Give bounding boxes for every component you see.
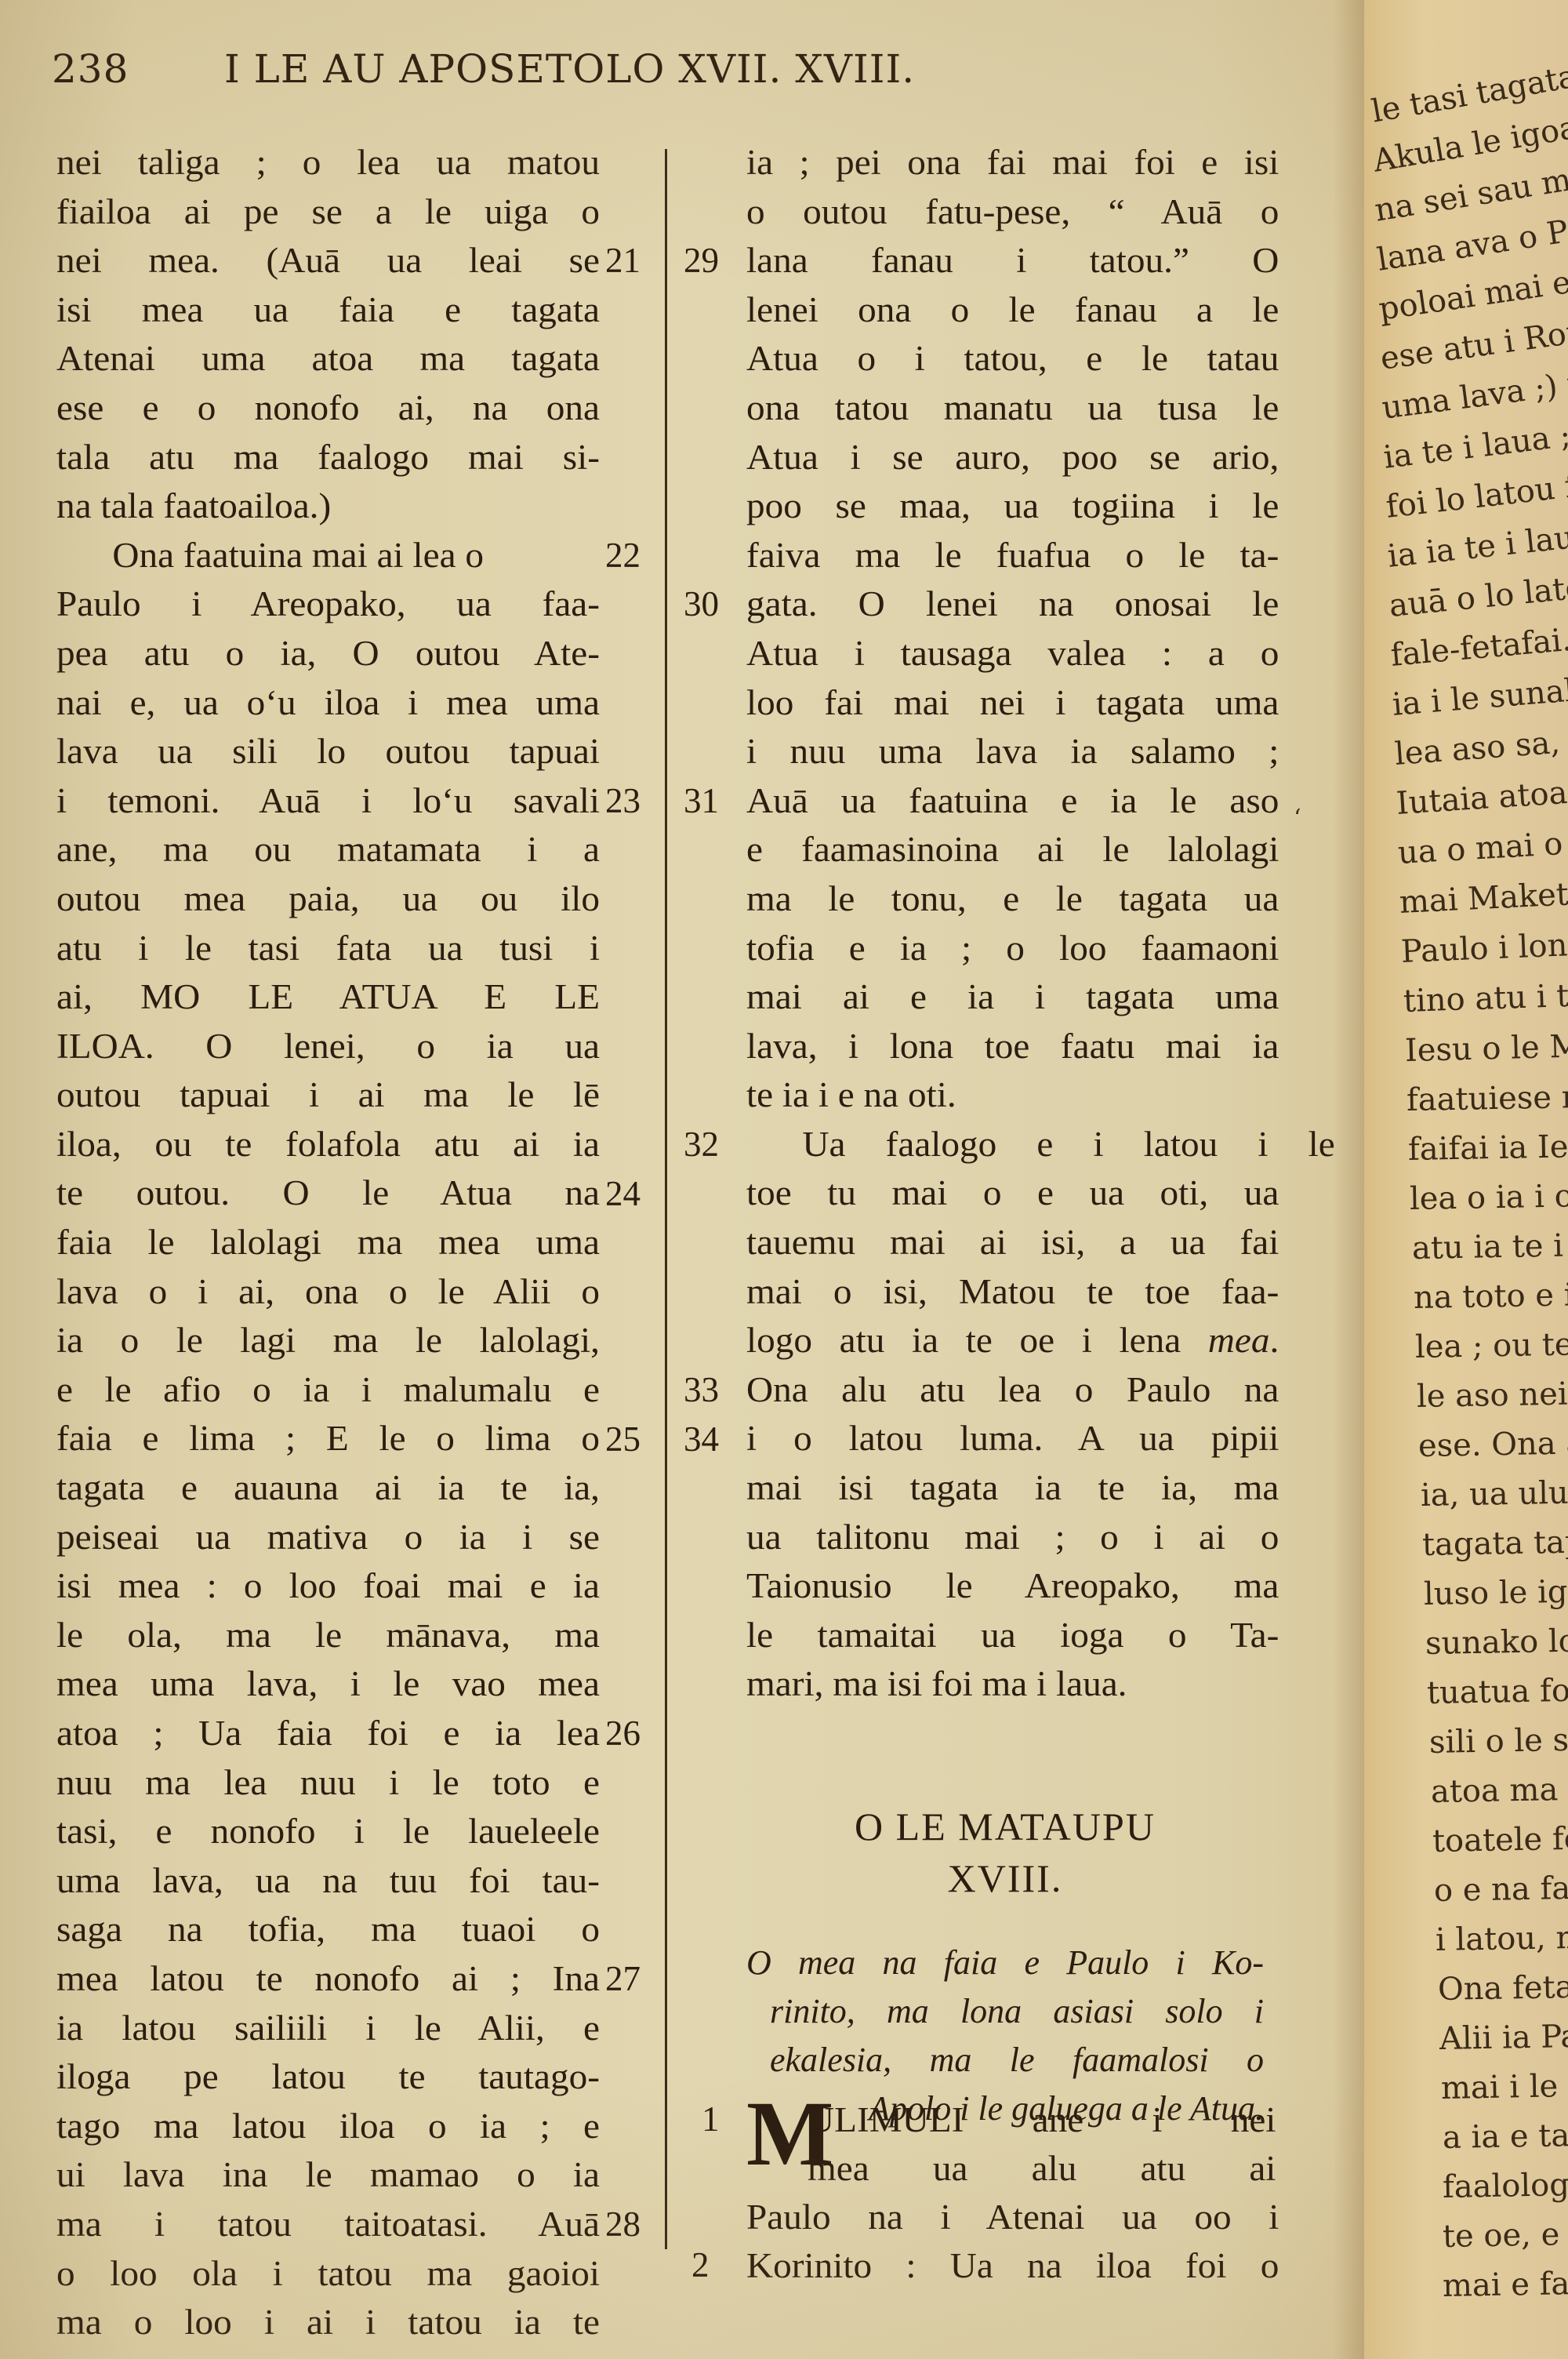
text-line: ua talitonu mai ; o i ai o bbox=[746, 1513, 1279, 1562]
text-line: Taionusio le Areopako, ma bbox=[746, 1561, 1279, 1611]
text-line: mea uma lava, i le vao mea bbox=[56, 1659, 600, 1709]
text-line: outou mea paia, ua ou ilo bbox=[56, 874, 600, 924]
text-line: loo fai mai nei i tagata uma bbox=[746, 678, 1279, 728]
chapter-heading-line2: XVIII. bbox=[746, 1856, 1264, 1901]
verse-number: 28 bbox=[605, 2200, 660, 2249]
verse-number: 30 bbox=[684, 580, 739, 629]
next-page-text-line: lea o ia i ona bbox=[1410, 1177, 1568, 1217]
text-line: iloa, ou te folafola atu ai ia bbox=[56, 1120, 600, 1169]
next-page-text-line: tagata tapuai i bbox=[1421, 1523, 1568, 1563]
verse-number: 2 bbox=[691, 2241, 746, 2288]
text-line: tofia e ia ; o loo faamaoni bbox=[746, 924, 1279, 973]
next-page-text-line: ia, ua ulu i le bbox=[1420, 1474, 1568, 1514]
text-line: ai, MO LE ATUA E LE bbox=[56, 972, 600, 1022]
text-line: le tamaitai ua ioga o Ta- bbox=[746, 1611, 1279, 1660]
verse-number: 1 bbox=[702, 2095, 757, 2143]
text-line: saga na tofia, ma tuaoi o bbox=[56, 1905, 600, 1954]
stray-mark: ‘ bbox=[1294, 805, 1301, 832]
next-page-text-line: te oe, e leai f bbox=[1443, 2215, 1568, 2255]
text-line: nuu ma lea nuu i le toto e bbox=[56, 1758, 600, 1808]
verse-number: 25 bbox=[605, 1415, 660, 1464]
running-head-title: I LE AU APOSETOLO XVII. XVIII. bbox=[224, 38, 915, 100]
text-line: atu i le tasi fata ua tusi i bbox=[56, 924, 600, 973]
next-page-text-line: lea ; ou te mam bbox=[1415, 1325, 1568, 1365]
text-line: te outou. O le Atua na bbox=[56, 1169, 600, 1218]
verse-number: 33 bbox=[684, 1365, 739, 1415]
text-line: ia latou sailiili i le Alii, e bbox=[56, 2004, 600, 2053]
text-line: tauemu mai ai isi, a ua fai bbox=[746, 1218, 1279, 1267]
text-line: tala atu ma faalogo mai si- bbox=[56, 433, 600, 482]
text-line: peiseai ua mativa o ia i se bbox=[56, 1513, 600, 1562]
next-page-text-line: le aso nei ona o bbox=[1417, 1374, 1568, 1415]
text-line: Korinito : Ua na iloa foi o bbox=[746, 2241, 1279, 2290]
next-page-text-line: i latou, ma ua bbox=[1436, 1918, 1568, 1958]
next-page-text-line: ese. Ona alu bbox=[1418, 1425, 1568, 1464]
text-line: i temoni. Auā i lo‘u savali bbox=[56, 776, 600, 826]
text-line: ULIMULI ane i nei bbox=[808, 2095, 1276, 2144]
text-line: ane, ma ou matamata i a bbox=[56, 825, 600, 874]
italic-word: mea bbox=[1208, 1321, 1270, 1360]
text-line: mari, ma isi foi ma i laua. bbox=[746, 1659, 1279, 1709]
next-page-text-line: faalologo : bbox=[1443, 2166, 1568, 2205]
text-line: faiva ma le fuafua o le ta- bbox=[746, 531, 1279, 580]
text-line: i o latou luma. A ua pipii bbox=[746, 1414, 1279, 1463]
text-line: ma o loo i ai i tatou ia te bbox=[56, 2298, 600, 2347]
next-page-text-line: Iutaia atoa ma E bbox=[1395, 769, 1568, 822]
next-page-text-line: faatuiese mai i bbox=[1406, 1078, 1568, 1118]
next-page-text-line: ia ia te i laua, bbox=[1385, 517, 1568, 575]
next-page-text-line: Alii ia Paulo bbox=[1439, 2018, 1568, 2057]
text-line: faia le lalolagi ma mea uma bbox=[56, 1218, 600, 1267]
text-line: Ona faatuina mai ai lea o bbox=[56, 531, 655, 580]
next-page-text-line: Ona fetalai bbox=[1437, 1968, 1568, 2008]
text-line: ma le tonu, e le tagata ua bbox=[746, 874, 1279, 924]
right-column: ia ; pei ona fai mai foi e isio outou fa… bbox=[746, 138, 1279, 1709]
next-page-text-line: lea aso sa, ma t bbox=[1393, 718, 1568, 772]
summary-line: O mea na faia e Paulo i Ko- bbox=[746, 1939, 1264, 1987]
text-line: ILOA. O lenei, o ia ua bbox=[56, 1022, 600, 1071]
text-line: ui lava ina le mamao o ia bbox=[56, 2150, 600, 2200]
next-page-text-line: Paulo i lona lot bbox=[1400, 925, 1568, 970]
text-line: o loo ola i tatou ma gaoioi bbox=[56, 2249, 600, 2299]
text-line: nei taliga ; o lea ua matou bbox=[56, 138, 600, 187]
text-line: lana fanau i tatou.” O bbox=[746, 236, 1279, 285]
text-line: isi mea : o loo foai mai e ia bbox=[56, 1561, 600, 1611]
text-line: i nuu uma lava ia salamo ; bbox=[746, 727, 1279, 776]
text-line: ese e o nonofo ai, na ona bbox=[56, 383, 600, 433]
text-line: mai isi tagata ia te ia, ma bbox=[746, 1463, 1279, 1513]
text-line: atoa ; Ua faia foi e ia lea bbox=[56, 1709, 600, 1758]
text-line: toe tu mai o e ua oti, ua bbox=[746, 1169, 1279, 1218]
next-page-text-line: luso le igoa, ua bbox=[1424, 1572, 1568, 1612]
next-page-text-line: auā o lo latou bbox=[1388, 568, 1568, 624]
text-line: iloga pe latou te tautago- bbox=[56, 2052, 600, 2102]
verse-number: 23 bbox=[605, 776, 660, 826]
text-line: tagata e auauna ai ia te ia, bbox=[56, 1463, 600, 1513]
text-line: lava, i lona toe faatu mai ia bbox=[746, 1022, 1279, 1071]
text-line: nai e, ua o‘u iloa i mea uma bbox=[56, 678, 600, 728]
next-page-text-line: o e na faalogo bbox=[1434, 1869, 1568, 1909]
next-page-text-line: na toto e i luga bbox=[1413, 1276, 1568, 1316]
text-line: na tala faatoailoa.) bbox=[56, 482, 600, 531]
next-page-text-line: tuatua foi i le bbox=[1427, 1671, 1568, 1711]
next-page-text-line: a ia e tautala bbox=[1443, 2116, 1568, 2156]
text-line: ia o le lagi ma le lalolagi, bbox=[56, 1316, 600, 1365]
text-line: nei mea. (Auā ua leai se bbox=[56, 236, 600, 285]
verse-number: 27 bbox=[605, 1954, 660, 2004]
text-line: te ia i e na oti. bbox=[746, 1070, 1279, 1120]
text-line: poo se maa, ua togiina i le bbox=[746, 482, 1279, 531]
next-page-text-line: mai Maketonia, bbox=[1399, 873, 1568, 921]
text-line: Ua faalogo e i latou i le bbox=[746, 1120, 1335, 1169]
running-head: 238 I LE AU APOSETOLO XVII. XVIII. bbox=[52, 38, 1149, 100]
next-page-text-line: ia i le sunako i le bbox=[1392, 666, 1568, 723]
verse-number: 24 bbox=[605, 1169, 660, 1219]
next-page-text-line: atoa ma lona bbox=[1430, 1770, 1568, 1810]
next-page-text-line: ua o mai o Sila bbox=[1397, 822, 1568, 871]
text-line: Atenai uma atoa ma tagata bbox=[56, 334, 600, 383]
text-line: Ona alu atu lea o Paulo na bbox=[746, 1365, 1279, 1415]
verse-number: 32 bbox=[684, 1120, 739, 1169]
summary-line: ekalesia, ma le faamalosi o bbox=[746, 2036, 1264, 2085]
verse-number: 26 bbox=[605, 1709, 660, 1758]
chapter-heading: O LE MATAUPU XVIII. bbox=[746, 1804, 1264, 1901]
text-line: lenei ona o le fanau a le bbox=[746, 285, 1279, 335]
next-page-text-line: toatele foi tag bbox=[1432, 1819, 1568, 1859]
next-page-text-line: atu ia te i latou bbox=[1411, 1227, 1568, 1267]
column-divider bbox=[665, 149, 667, 2249]
text-line: Paulo na i Atenai ua oo i bbox=[746, 2193, 1279, 2241]
text-line: e le afio o ia i malumalu e bbox=[56, 1365, 600, 1415]
next-page-text-line: Iesu o le Mesi bbox=[1404, 1027, 1568, 1069]
text-line: tasi, e nonofo i le laueleele bbox=[56, 1807, 600, 1856]
summary-line: rinito, ma lona asiasi solo i bbox=[746, 1987, 1264, 2036]
text-line: mai o isi, Matou te toe faa- bbox=[746, 1267, 1279, 1317]
next-page-text-line: faifai ia Iesu, o bbox=[1408, 1128, 1568, 1168]
next-page-text-line: ia te i laua ; bbox=[1382, 418, 1568, 476]
text-line: logo atu ia te oe i lena mea. bbox=[746, 1316, 1279, 1365]
text-line: pea atu o ia, O outou Ate- bbox=[56, 629, 600, 678]
next-page-text-line: mai e faasaua bbox=[1443, 2264, 1568, 2304]
text-line: gata. O lenei na onosai le bbox=[746, 580, 1279, 629]
next-page-text-line: sili o le sunak bbox=[1428, 1721, 1568, 1761]
text-line: fiailoa ai pe se a le uiga o bbox=[56, 187, 600, 237]
text-line: uma lava, ua na tuu foi tau- bbox=[56, 1856, 600, 1906]
text-line: Atua i tausaga valea : a o bbox=[746, 629, 1279, 678]
text-line: mea ua alu atu ai bbox=[808, 2144, 1276, 2193]
text-line: e faamasinoina ai le lalolagi bbox=[746, 825, 1279, 874]
left-column: nei taliga ; o lea ua matoufiailoa ai pe… bbox=[56, 138, 605, 2347]
next-page-text-line: tino atu i taga bbox=[1403, 976, 1568, 1020]
verse-number: 31 bbox=[684, 776, 739, 826]
text-line: Paulo i Areopako, ua faa- bbox=[56, 580, 600, 629]
next-page-fragment: le tasi tagataAkula le igoa,na sei sau m… bbox=[1364, 0, 1568, 2359]
verse-number: 34 bbox=[684, 1415, 739, 1464]
text-line: mai ai e ia i tagata uma bbox=[746, 972, 1279, 1022]
verse-number: 22 bbox=[605, 531, 660, 580]
page-number: 238 bbox=[52, 38, 129, 100]
text-line: tago ma latou iloa o ia ; e bbox=[56, 2102, 600, 2151]
next-page-text-line: fale-fetafai. Ua bbox=[1389, 617, 1568, 674]
chapter-heading-line1: O LE MATAUPU bbox=[746, 1804, 1264, 1849]
next-page-text-line: sunako lona fa bbox=[1425, 1622, 1568, 1662]
text-line: faia e lima ; E le o lima o bbox=[56, 1414, 600, 1463]
text-line: outou tapuai i ai ma le lē bbox=[56, 1070, 600, 1120]
text-line: isi mea ua faia e tagata bbox=[56, 285, 600, 335]
verse-number: 21 bbox=[605, 236, 660, 285]
text-line: le ola, ma le mānava, ma bbox=[56, 1611, 600, 1660]
book-page: 238 I LE AU APOSETOLO XVII. XVIII. nei t… bbox=[0, 0, 1364, 2359]
text-line: Atua o i tatou, e le tatau bbox=[746, 334, 1279, 383]
text-line: Atua i se auro, poo se ario, bbox=[746, 433, 1279, 482]
next-page-text-line: mai i le po, A bbox=[1441, 2066, 1568, 2106]
text-line: Auā ua faatuina e ia le aso bbox=[746, 776, 1279, 826]
text-line: ia ; pei ona fai mai foi e isi bbox=[746, 138, 1279, 187]
verse-number: 29 bbox=[684, 236, 739, 285]
text-line: mea latou te nonofo ai ; Ina bbox=[56, 1954, 600, 2004]
text-line: lava o i ai, ona o le Alii o bbox=[56, 1267, 600, 1317]
text-line: ona tatou manatu ua tusa le bbox=[746, 383, 1279, 433]
text-line: o outou fatu-pese, “ Auā o bbox=[746, 187, 1279, 237]
text-line: ma i tatou taitoatasi. Auā bbox=[56, 2200, 600, 2249]
text-line: lava ua sili lo outou tapuai bbox=[56, 727, 600, 776]
